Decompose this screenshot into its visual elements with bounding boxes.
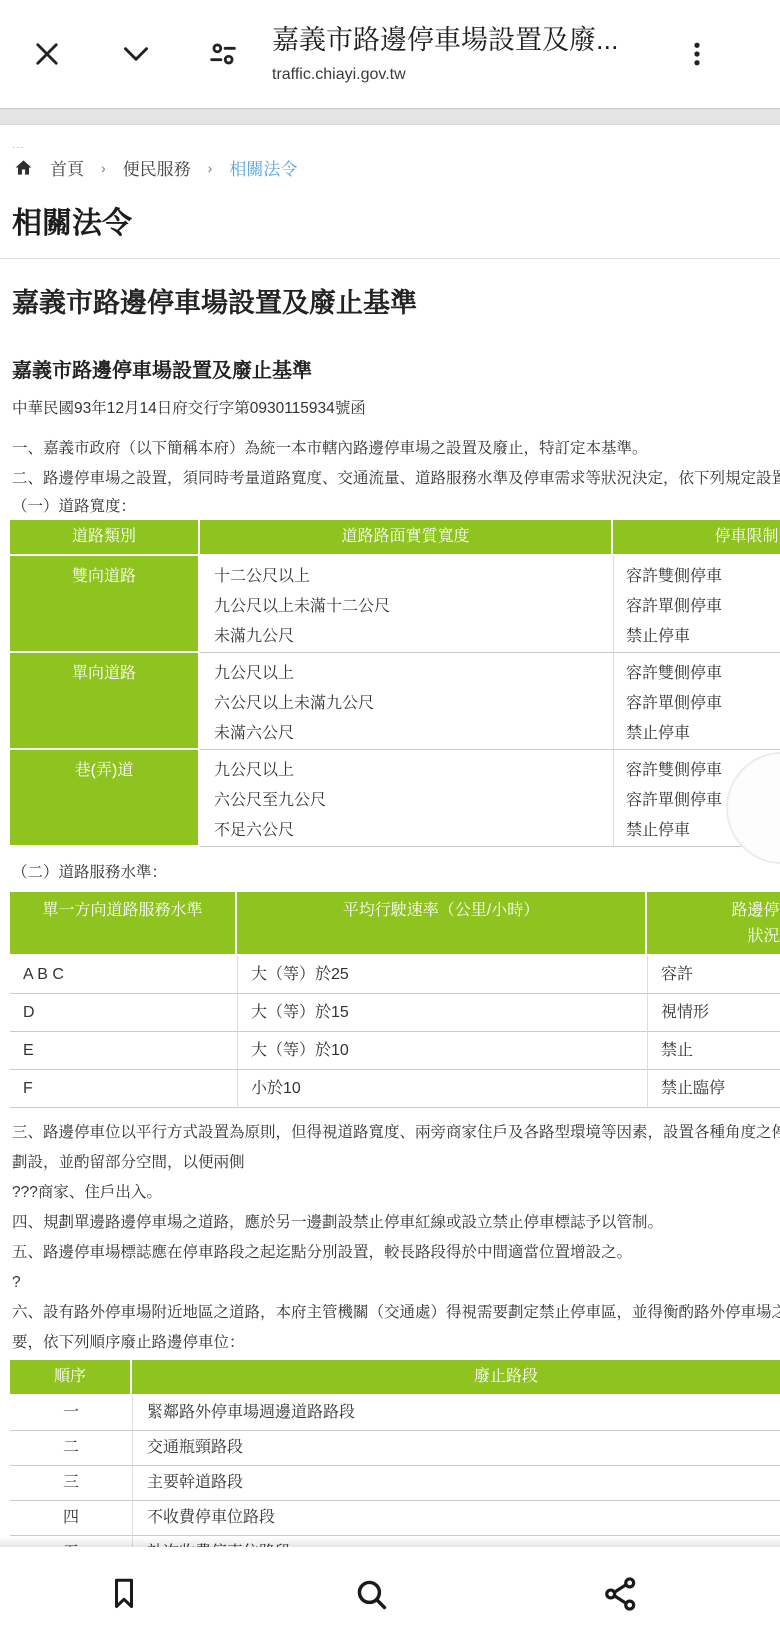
column-header: 道路類別 [10, 520, 200, 556]
column-header: 順序 [10, 1360, 132, 1396]
table-cell: 容許 [647, 956, 780, 994]
table-cell: E [10, 1032, 237, 1070]
paragraph-3-line1: 三、路邊停車位以平行方式設置為原則，但得視道路寬度、兩旁商家住戶及各路型環境等因… [0, 1118, 780, 1148]
table-cell: 緊鄰路外停車場週邊道路路段 [132, 1396, 780, 1431]
table-cell: 容許雙側停車 容許單側停車 禁止停車 [613, 653, 780, 750]
document-reference: 中華民國93年12月14日府交行字第0930115934號函 [0, 394, 780, 424]
share-icon [602, 1601, 640, 1616]
paragraph-question-mark: ? [0, 1268, 780, 1298]
search-button[interactable] [352, 1575, 390, 1613]
table-cell: 容許雙側停車 容許單側停車 禁止停車 [613, 556, 780, 653]
paragraph-4: 四、規劃單邊路邊停車場之道路，應於另一邊劃設禁止停車紅線或設立禁止停車標誌予以管… [0, 1208, 780, 1238]
article-title: 嘉義市路邊停車場設置及廢止基準 [12, 281, 780, 320]
column-header: 停車限制 [613, 520, 780, 556]
table-cell: A B C [10, 956, 237, 994]
overflow-menu-icon [682, 57, 712, 72]
chevron-down-icon [118, 60, 154, 75]
table-cell: 大（等）於15 [237, 994, 647, 1032]
title-divider [0, 258, 780, 259]
browser-content-divider [0, 108, 780, 125]
paragraph-3-line3: ???商家、住戶出入。 [0, 1178, 780, 1208]
breadcrumb-separator: › [208, 160, 213, 176]
bookmark-icon [106, 1599, 142, 1614]
browser-top-bar: 嘉義市路邊停車場設置及廢... traffic.chiayi.gov.tw [0, 0, 780, 108]
paragraph-3-line2: 劃設，並酌留部分空間，以便兩側 [0, 1148, 780, 1178]
table-cell: 四 [10, 1501, 132, 1536]
tune-button[interactable] [206, 37, 240, 71]
page-title: 相關法令 [12, 198, 780, 242]
paragraph-2: 二、路邊停車場之設置，須同時考量道路寬度、交通流量、道路服務水準及停車需求等狀況… [0, 464, 780, 494]
table-cell: 主要幹道路段 [132, 1466, 780, 1501]
article-subtitle: 嘉義市路邊停車場設置及廢止基準 [12, 354, 780, 383]
column-header: 道路路面實質寬度 [200, 520, 613, 556]
table-cell: 交通瓶頸路段 [132, 1431, 780, 1466]
table-cell: 視情形 [647, 994, 780, 1032]
table-cell: F [10, 1070, 237, 1108]
table-cell: 三 [10, 1466, 132, 1501]
road-width-table: 道路類別 道路路面實質寬度 停車限制 雙向道路 十二公尺以上 九公尺以上未滿十二… [10, 520, 780, 847]
table-cell: 禁止 [647, 1032, 780, 1070]
breadcrumb-home[interactable]: 首頁 [50, 155, 84, 180]
service-level-table: 單一方向道路服務水準 平均行駛速率（公里/小時） 路邊停車 狀況 A B C 大… [10, 892, 780, 1108]
table-cell: 不收費停車位路段 [132, 1501, 780, 1536]
table-cell: 九公尺以上 六公尺至九公尺 不足六公尺 [200, 750, 613, 847]
browser-page-title: 嘉義市路邊停車場設置及廢... [272, 18, 674, 57]
mobile-browser-screen: 嘉義市路邊停車場設置及廢... traffic.chiayi.gov.tw ··… [0, 0, 780, 1651]
column-header: 單一方向道路服務水準 [10, 892, 237, 956]
home-icon[interactable] [14, 158, 33, 177]
bookmark-button[interactable] [106, 1575, 142, 1611]
search-icon [352, 1601, 390, 1616]
table-row-header: 雙向道路 [10, 556, 200, 653]
table-cell: 禁止臨停 [647, 1070, 780, 1108]
breadcrumb-current[interactable]: 相關法令 [229, 155, 297, 180]
bottom-toolbar [0, 1547, 780, 1651]
column-header: 平均行駛速率（公里/小時） [237, 892, 647, 956]
breadcrumb-dots: ··· [12, 142, 25, 153]
paragraph-6-line1: 六、設有路外停車場附近地區之道路，本府主管機關（交通處）得視需要劃定禁止停車區，… [0, 1298, 780, 1328]
paragraph-5: 五、路邊停車場標誌應在停車路段之起迄點分別設置，較長路段得於中間適當位置增設之。 [0, 1238, 780, 1268]
table-cell: 二 [10, 1431, 132, 1466]
table-cell: 一 [10, 1396, 132, 1431]
table-row-header: 巷(弄)道 [10, 750, 200, 847]
paragraph-1: 一、嘉義市政府（以下簡稱本府）為統一本市轄內路邊停車場之設置及廢止，特訂定本基準… [0, 434, 780, 464]
page-title-block: 嘉義市路邊停車場設置及廢... traffic.chiayi.gov.tw [272, 18, 674, 84]
column-header: 廢止路段 [132, 1360, 780, 1396]
table-cell: 小於10 [237, 1070, 647, 1108]
close-button[interactable] [30, 37, 64, 71]
breadcrumb-item-services[interactable]: 便民服務 [123, 155, 191, 180]
table-cell: 大（等）於25 [237, 956, 647, 994]
table-cell: 十二公尺以上 九公尺以上未滿十二公尺 未滿九公尺 [200, 556, 613, 653]
section-label-service-level: （二）道路服務水準： [0, 860, 780, 886]
tune-icon [206, 59, 240, 74]
breadcrumb: ··· 首頁 › 便民服務 › 相關法令 [14, 155, 780, 180]
close-icon [30, 59, 64, 74]
table-cell: 大（等）於10 [237, 1032, 647, 1070]
table-row-header: 單向道路 [10, 653, 200, 750]
browser-url: traffic.chiayi.gov.tw [272, 66, 674, 84]
overflow-menu-button[interactable] [682, 39, 712, 69]
column-header: 路邊停車 狀況 [647, 892, 780, 956]
share-button[interactable] [602, 1575, 640, 1613]
breadcrumb-separator: › [101, 160, 106, 176]
paragraph-6-line2: 要，依下列順序廢止路邊停車位： [0, 1328, 780, 1358]
table-cell: 九公尺以上 六公尺以上未滿九公尺 未滿六公尺 [200, 653, 613, 750]
table-cell: D [10, 994, 237, 1032]
section-label-road-width: （一）道路寬度： [0, 494, 780, 520]
collapse-button[interactable] [118, 36, 154, 72]
